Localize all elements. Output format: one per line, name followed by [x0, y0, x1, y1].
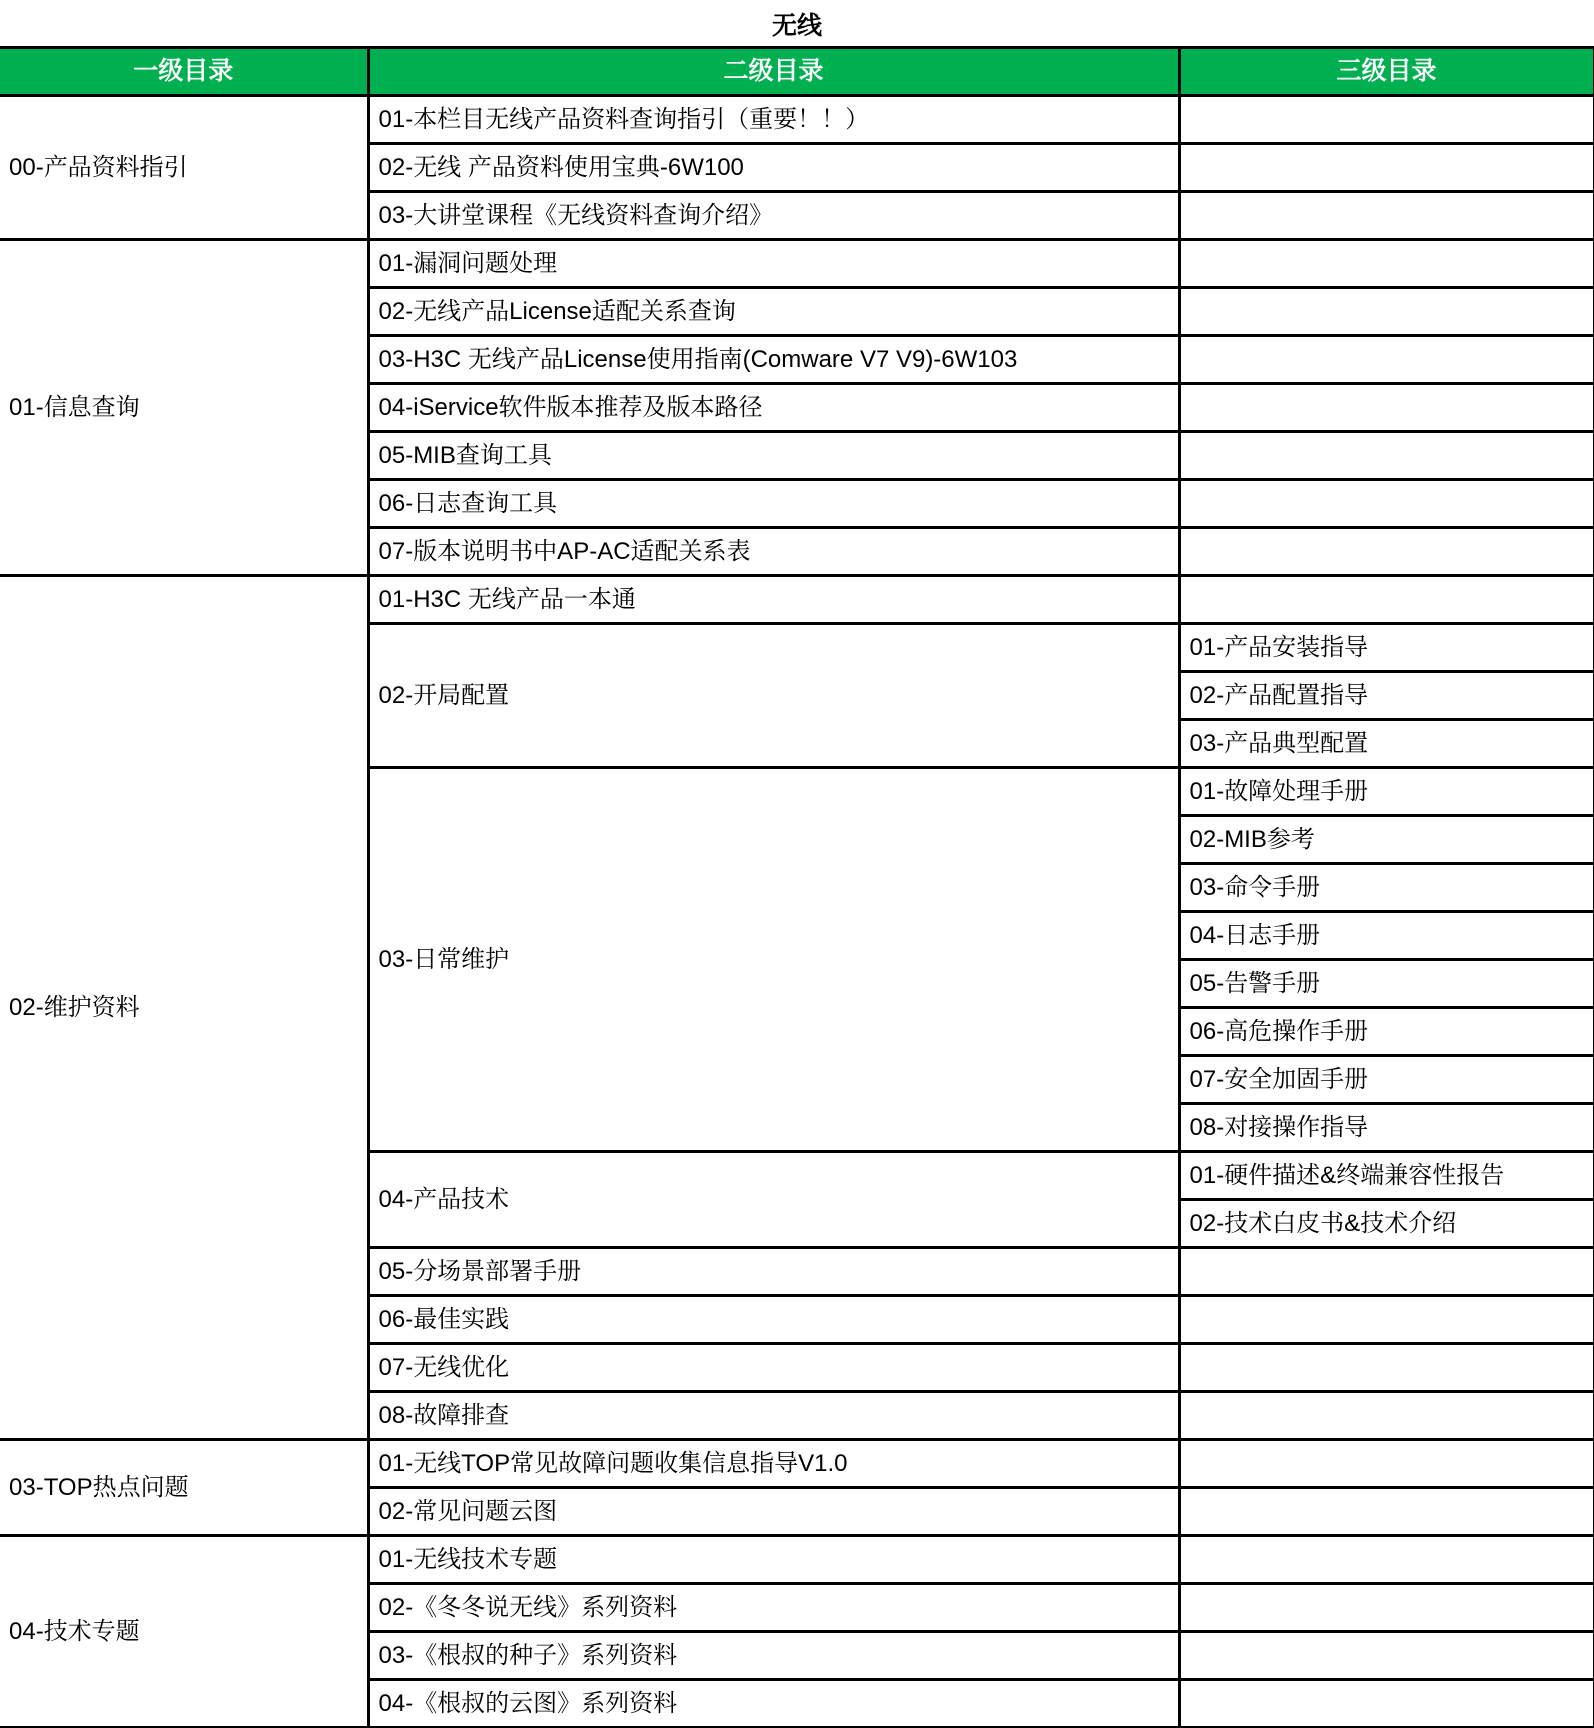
- level2-cell: 03-日常维护: [368, 768, 1179, 1152]
- level3-cell: 02-MIB参考: [1179, 816, 1594, 864]
- level2-cell: 03-大讲堂课程《无线资料查询介绍》: [368, 192, 1179, 240]
- level2-cell: 02-无线 产品资料使用宝典-6W100: [368, 144, 1179, 192]
- level3-cell: 07-安全加固手册: [1179, 1056, 1594, 1104]
- level2-cell: 06-日志查询工具: [368, 480, 1179, 528]
- level3-cell: [1179, 1440, 1594, 1488]
- level3-cell: [1179, 1632, 1594, 1680]
- level3-cell: 05-告警手册: [1179, 960, 1594, 1008]
- table-row: 01-信息查询01-漏洞问题处理: [0, 240, 1594, 288]
- table-body: 00-产品资料指引01-本栏目无线产品资料查询指引（重要！！）02-无线 产品资…: [0, 96, 1594, 1728]
- directory-table: 一级目录 二级目录 三级目录 00-产品资料指引01-本栏目无线产品资料查询指引…: [0, 46, 1594, 1728]
- level3-cell: [1179, 1536, 1594, 1584]
- level3-cell: 08-对接操作指导: [1179, 1104, 1594, 1152]
- level3-cell: 06-高危操作手册: [1179, 1008, 1594, 1056]
- level3-cell: [1179, 1248, 1594, 1296]
- table-row: 02-维护资料01-H3C 无线产品一本通: [0, 576, 1594, 624]
- level3-cell: 02-技术白皮书&技术介绍: [1179, 1200, 1594, 1248]
- level2-cell: 02-无线产品License适配关系查询: [368, 288, 1179, 336]
- level2-cell: 02-常见问题云图: [368, 1488, 1179, 1536]
- level2-cell: 01-无线技术专题: [368, 1536, 1179, 1584]
- sheet-title: 无线: [0, 0, 1594, 47]
- level3-cell: [1179, 432, 1594, 480]
- level3-cell: 01-故障处理手册: [1179, 768, 1594, 816]
- level3-cell: [1179, 528, 1594, 576]
- level3-cell: [1179, 240, 1594, 288]
- level2-cell: 01-漏洞问题处理: [368, 240, 1179, 288]
- level3-cell: [1179, 1488, 1594, 1536]
- level3-cell: 03-命令手册: [1179, 864, 1594, 912]
- level3-cell: [1179, 1392, 1594, 1440]
- level2-cell: 05-分场景部署手册: [368, 1248, 1179, 1296]
- level3-cell: 01-产品安装指导: [1179, 624, 1594, 672]
- level2-cell: 04-产品技术: [368, 1152, 1179, 1248]
- level3-cell: [1179, 96, 1594, 144]
- level3-cell: [1179, 1680, 1594, 1728]
- header-level1: 一级目录: [0, 48, 368, 96]
- level2-cell: 05-MIB查询工具: [368, 432, 1179, 480]
- level2-cell: 02-《冬冬说无线》系列资料: [368, 1584, 1179, 1632]
- header-level2: 二级目录: [368, 48, 1179, 96]
- level3-cell: [1179, 192, 1594, 240]
- level1-cell: 01-信息查询: [0, 240, 368, 576]
- level3-cell: [1179, 336, 1594, 384]
- table-row: 04-技术专题01-无线技术专题: [0, 1536, 1594, 1584]
- level3-cell: [1179, 384, 1594, 432]
- level2-cell: 03-《根叔的种子》系列资料: [368, 1632, 1179, 1680]
- level3-cell: [1179, 288, 1594, 336]
- level2-cell: 07-无线优化: [368, 1344, 1179, 1392]
- level2-cell: 08-故障排查: [368, 1392, 1179, 1440]
- level2-cell: 07-版本说明书中AP-AC适配关系表: [368, 528, 1179, 576]
- level3-cell: 01-硬件描述&终端兼容性报告: [1179, 1152, 1594, 1200]
- level2-cell: 01-本栏目无线产品资料查询指引（重要！！）: [368, 96, 1179, 144]
- level1-cell: 03-TOP热点问题: [0, 1440, 368, 1536]
- level1-cell: 04-技术专题: [0, 1536, 368, 1728]
- level2-cell: 04-《根叔的云图》系列资料: [368, 1680, 1179, 1728]
- level2-cell: 01-H3C 无线产品一本通: [368, 576, 1179, 624]
- table-row: 00-产品资料指引01-本栏目无线产品资料查询指引（重要！！）: [0, 96, 1594, 144]
- level2-cell: 06-最佳实践: [368, 1296, 1179, 1344]
- level1-cell: 00-产品资料指引: [0, 96, 368, 240]
- level3-cell: 04-日志手册: [1179, 912, 1594, 960]
- table-row: 03-TOP热点问题01-无线TOP常见故障问题收集信息指导V1.0: [0, 1440, 1594, 1488]
- level1-cell: 02-维护资料: [0, 576, 368, 1440]
- level3-cell: 03-产品典型配置: [1179, 720, 1594, 768]
- level3-cell: [1179, 1344, 1594, 1392]
- level2-cell: 04-iService软件版本推荐及版本路径: [368, 384, 1179, 432]
- level3-cell: [1179, 480, 1594, 528]
- header-level3: 三级目录: [1179, 48, 1594, 96]
- level2-cell: 01-无线TOP常见故障问题收集信息指导V1.0: [368, 1440, 1179, 1488]
- level3-cell: [1179, 576, 1594, 624]
- level3-cell: [1179, 144, 1594, 192]
- level3-cell: 02-产品配置指导: [1179, 672, 1594, 720]
- level2-cell: 02-开局配置: [368, 624, 1179, 768]
- level3-cell: [1179, 1296, 1594, 1344]
- header-row: 一级目录 二级目录 三级目录: [0, 48, 1594, 96]
- level3-cell: [1179, 1584, 1594, 1632]
- level2-cell: 03-H3C 无线产品License使用指南(Comware V7 V9)-6W…: [368, 336, 1179, 384]
